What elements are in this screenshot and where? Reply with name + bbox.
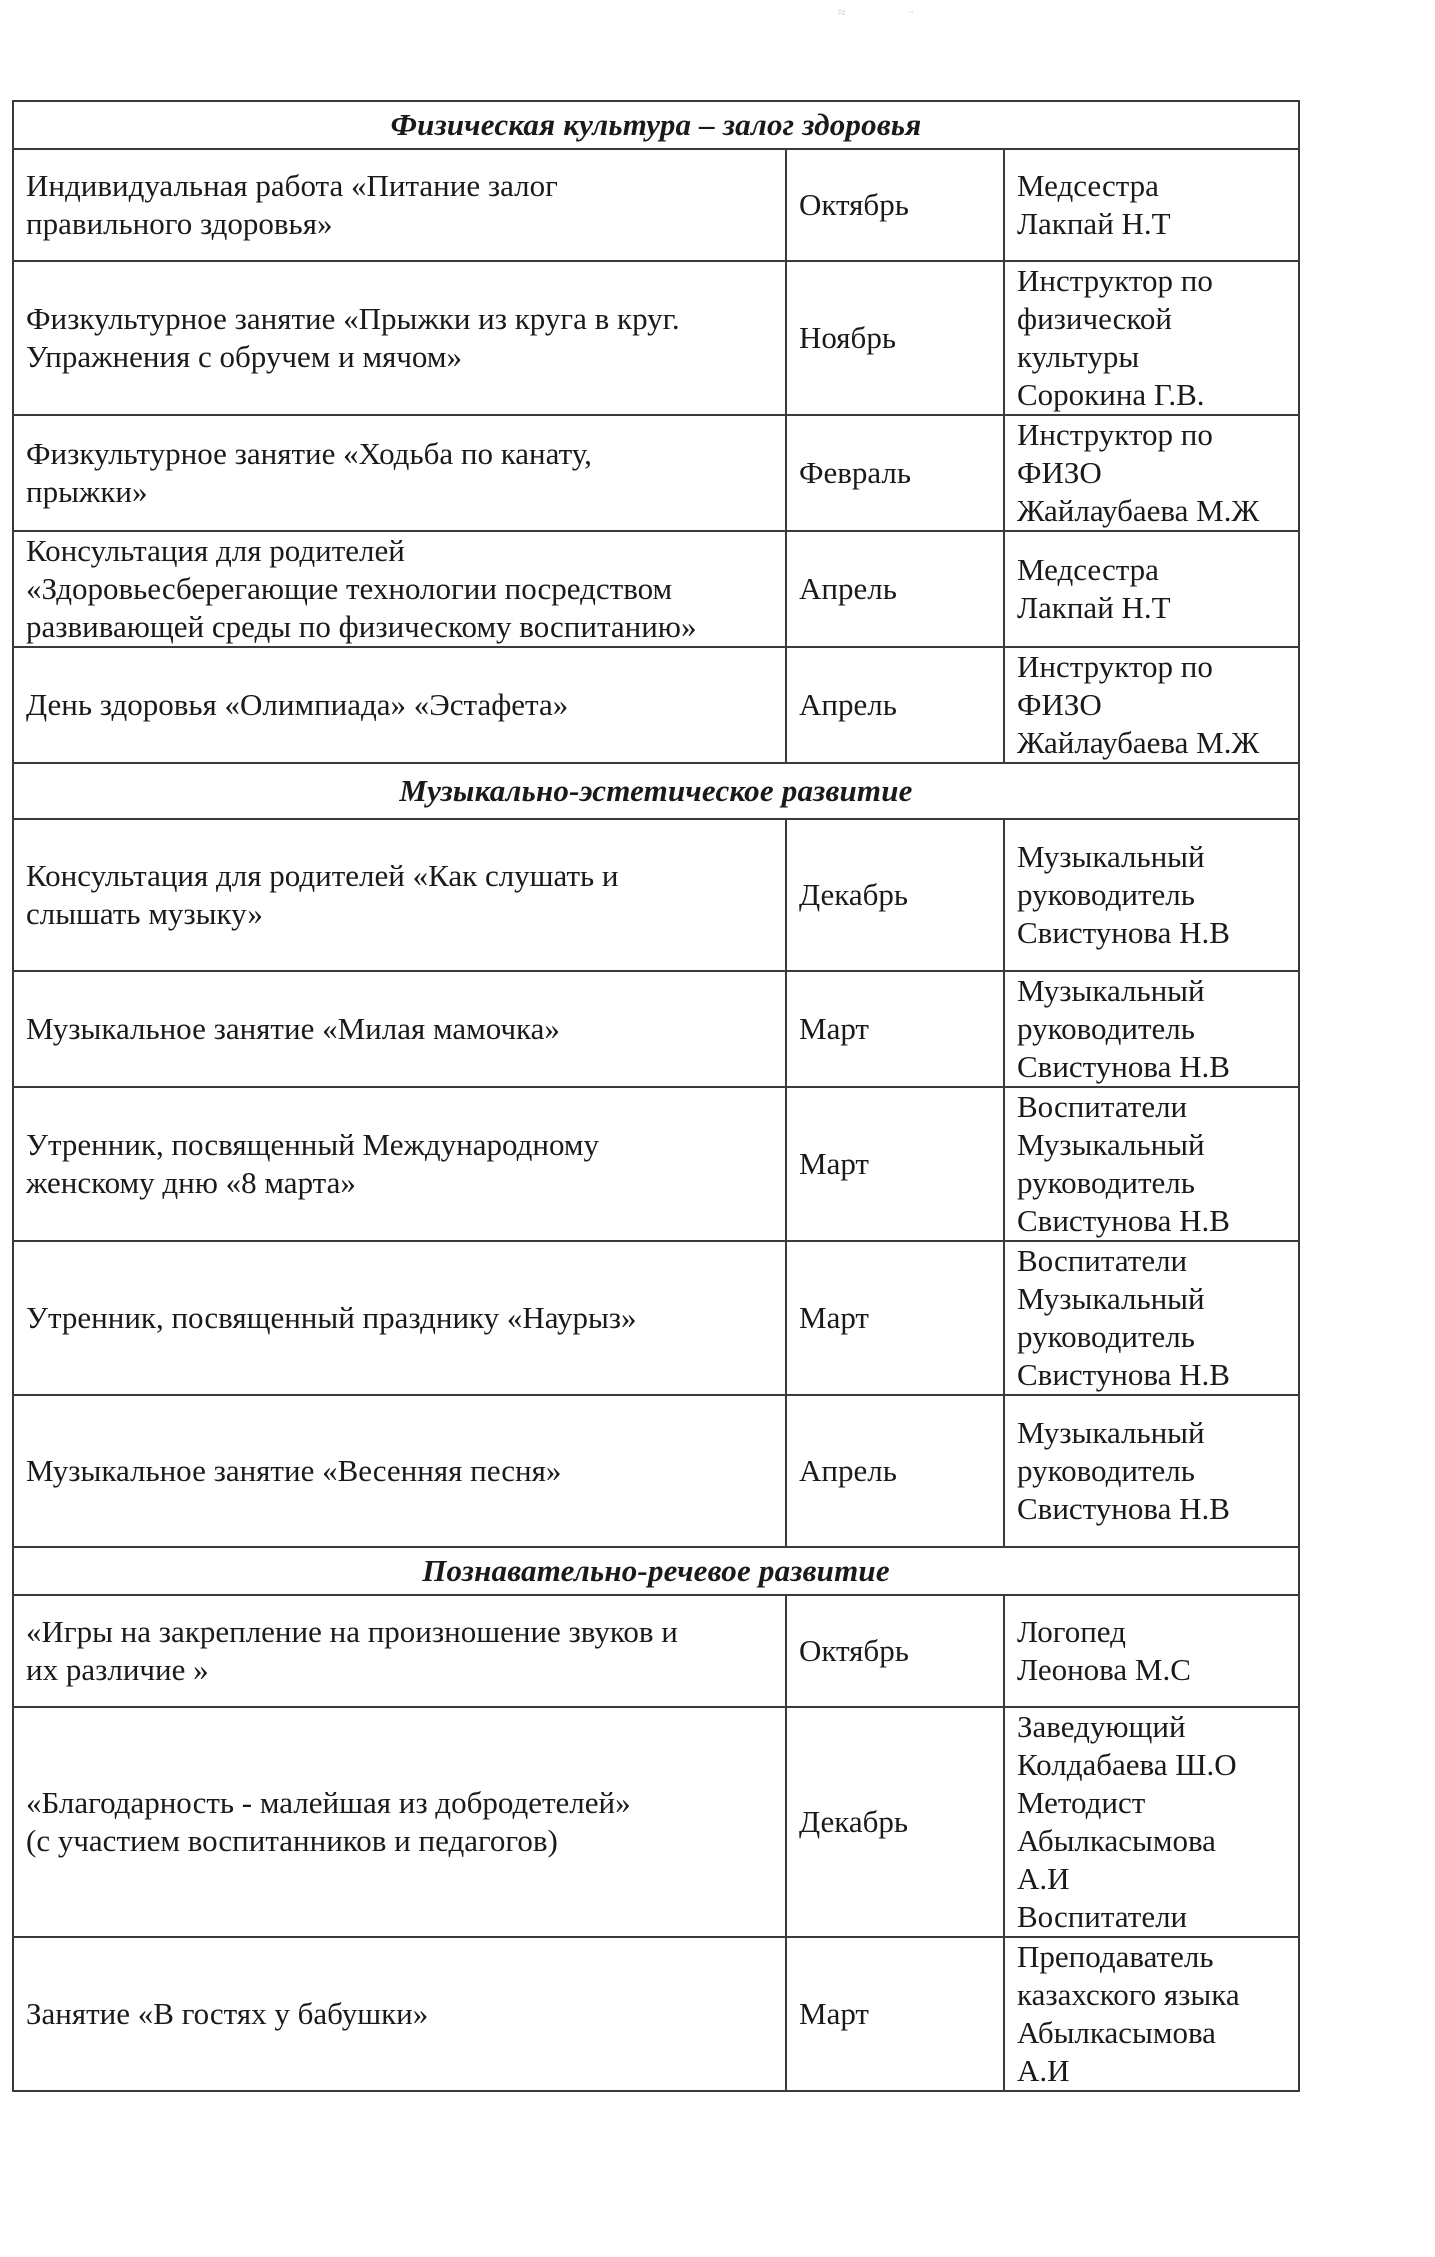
- event-text-line: их различие »: [26, 1651, 773, 1689]
- event-cell: «Благодарность - малейшая из добродетеле…: [13, 1707, 786, 1937]
- responsible-text-line: Леонова М.С: [1017, 1651, 1286, 1689]
- table-row: Консультация для родителей «Как слушать …: [13, 819, 1299, 971]
- responsible-text-line: физической: [1017, 300, 1286, 338]
- event-cell: Физкультурное занятие «Прыжки из круга в…: [13, 261, 786, 415]
- section-header-row: Познавательно-речевое развитие: [13, 1547, 1299, 1595]
- event-cell: Утренник, посвященный Международномуженс…: [13, 1087, 786, 1241]
- event-cell: День здоровья «Олимпиада» «Эстафета»: [13, 647, 786, 763]
- event-text-line: «Здоровьесберегающие технологии посредст…: [26, 570, 773, 608]
- responsible-text-line: Музыкальный: [1017, 972, 1286, 1010]
- responsible-text-line: Воспитатели: [1017, 1242, 1286, 1280]
- table-row: «Игры на закрепление на произношение зву…: [13, 1595, 1299, 1707]
- month-cell: Ноябрь: [786, 261, 1004, 415]
- event-cell: Консультация для родителей«Здоровьесбере…: [13, 531, 786, 647]
- responsible-text-line: Преподаватель: [1017, 1938, 1286, 1976]
- responsible-text-line: Музыкальный: [1017, 1414, 1286, 1452]
- responsible-text-line: руководитель: [1017, 1452, 1286, 1490]
- responsible-text-line: Инструктор по: [1017, 648, 1286, 686]
- responsible-text-line: Свистунова Н.В: [1017, 1490, 1286, 1528]
- responsible-text-line: Логопед: [1017, 1613, 1286, 1651]
- responsible-text-line: Инструктор по: [1017, 262, 1286, 300]
- responsible-text-line: Жайлаубаева М.Ж: [1017, 724, 1286, 762]
- event-cell: Физкультурное занятие «Ходьба по канату,…: [13, 415, 786, 531]
- event-text-line: День здоровья «Олимпиада» «Эстафета»: [26, 686, 773, 724]
- event-text-line: (с участием воспитанников и педагогов): [26, 1822, 773, 1860]
- month-cell: Октябрь: [786, 1595, 1004, 1707]
- responsible-cell: Инструктор поФИЗОЖайлаубаева М.Ж: [1004, 415, 1299, 531]
- event-text-line: слышать музыку»: [26, 895, 773, 933]
- responsible-cell: Преподавательказахского языкаАбылкасымов…: [1004, 1937, 1299, 2091]
- event-text-line: Физкультурное занятие «Прыжки из круга в…: [26, 300, 773, 338]
- responsible-text-line: руководитель: [1017, 1164, 1286, 1202]
- section-title: Музыкально-эстетическое развитие: [13, 763, 1299, 819]
- activity-plan-table: Физическая культура – залог здоровьяИнди…: [12, 100, 1300, 2092]
- responsible-text-line: Методист: [1017, 1784, 1286, 1822]
- responsible-text-line: Лакпай Н.Т: [1017, 589, 1286, 627]
- event-text-line: Физкультурное занятие «Ходьба по канату,: [26, 435, 773, 473]
- responsible-cell: МузыкальныйруководительСвистунова Н.В: [1004, 1395, 1299, 1547]
- event-text-line: Занятие «В гостях у бабушки»: [26, 1995, 773, 2033]
- responsible-text-line: Лакпай Н.Т: [1017, 205, 1286, 243]
- event-cell: Музыкальное занятие «Весенняя песня»: [13, 1395, 786, 1547]
- responsible-text-line: ФИЗО: [1017, 686, 1286, 724]
- table-row: Музыкальное занятие «Весенняя песня»Апре…: [13, 1395, 1299, 1547]
- responsible-text-line: Музыкальный: [1017, 1280, 1286, 1318]
- section-header-row: Музыкально-эстетическое развитие: [13, 763, 1299, 819]
- responsible-cell: МедсестраЛакпай Н.Т: [1004, 531, 1299, 647]
- event-text-line: развивающей среды по физическому воспита…: [26, 608, 773, 646]
- responsible-text-line: Воспитатели: [1017, 1898, 1286, 1936]
- responsible-text-line: Свистунова Н.В: [1017, 1202, 1286, 1240]
- month-cell: Март: [786, 1087, 1004, 1241]
- responsible-text-line: руководитель: [1017, 1010, 1286, 1048]
- responsible-text-line: Свистунова Н.В: [1017, 1356, 1286, 1394]
- event-text-line: «Благодарность - малейшая из добродетеле…: [26, 1784, 773, 1822]
- table-row: Индивидуальная работа «Питание залогправ…: [13, 149, 1299, 261]
- event-text-line: Индивидуальная работа «Питание залог: [26, 167, 773, 205]
- responsible-text-line: Музыкальный: [1017, 838, 1286, 876]
- event-cell: Утренник, посвященный празднику «Наурыз»: [13, 1241, 786, 1395]
- table-row: День здоровья «Олимпиада» «Эстафета»Апре…: [13, 647, 1299, 763]
- responsible-text-line: Сорокина Г.В.: [1017, 376, 1286, 414]
- table-row: Консультация для родителей«Здоровьесбере…: [13, 531, 1299, 647]
- event-text-line: Консультация для родителей: [26, 532, 773, 570]
- table-row: Занятие «В гостях у бабушки»МартПреподав…: [13, 1937, 1299, 2091]
- responsible-cell: ЗаведующийКолдабаева Ш.ОМетодистАбылкасы…: [1004, 1707, 1299, 1937]
- month-cell: Октябрь: [786, 149, 1004, 261]
- responsible-cell: Инструктор пофизическойкультурыСорокина …: [1004, 261, 1299, 415]
- section-header-row: Физическая культура – залог здоровья: [13, 101, 1299, 149]
- event-text-line: Музыкальное занятие «Милая мамочка»: [26, 1010, 773, 1048]
- event-text-line: Упражнения с обручем и мячом»: [26, 338, 773, 376]
- event-text-line: прыжки»: [26, 473, 773, 511]
- event-text-line: Утренник, посвященный празднику «Наурыз»: [26, 1299, 773, 1337]
- month-cell: Февраль: [786, 415, 1004, 531]
- month-cell: Апрель: [786, 1395, 1004, 1547]
- section-title: Физическая культура – залог здоровья: [13, 101, 1299, 149]
- responsible-text-line: Медсестра: [1017, 167, 1286, 205]
- event-cell: «Игры на закрепление на произношение зву…: [13, 1595, 786, 1707]
- event-cell: Музыкальное занятие «Милая мамочка»: [13, 971, 786, 1087]
- table-row: Музыкальное занятие «Милая мамочка»МартМ…: [13, 971, 1299, 1087]
- responsible-text-line: ФИЗО: [1017, 454, 1286, 492]
- responsible-text-line: А.И: [1017, 1860, 1286, 1898]
- responsible-text-line: казахского языка: [1017, 1976, 1286, 2014]
- responsible-text-line: Абылкасымова: [1017, 1822, 1286, 1860]
- responsible-cell: ВоспитателиМузыкальныйруководительСвисту…: [1004, 1241, 1299, 1395]
- table-row: «Благодарность - малейшая из добродетеле…: [13, 1707, 1299, 1937]
- responsible-text-line: руководитель: [1017, 876, 1286, 914]
- responsible-cell: ВоспитателиМузыкальныйруководительСвисту…: [1004, 1087, 1299, 1241]
- month-cell: Март: [786, 1241, 1004, 1395]
- table-row: Физкультурное занятие «Прыжки из круга в…: [13, 261, 1299, 415]
- responsible-text-line: руководитель: [1017, 1318, 1286, 1356]
- plan-table-body: Физическая культура – залог здоровьяИнди…: [13, 101, 1299, 2091]
- table-row: Физкультурное занятие «Ходьба по канату,…: [13, 415, 1299, 531]
- responsible-text-line: Медсестра: [1017, 551, 1286, 589]
- responsible-text-line: Абылкасымова: [1017, 2014, 1286, 2052]
- event-cell: Занятие «В гостях у бабушки»: [13, 1937, 786, 2091]
- responsible-cell: ЛогопедЛеонова М.С: [1004, 1595, 1299, 1707]
- event-text-line: Утренник, посвященный Международному: [26, 1126, 773, 1164]
- month-cell: Март: [786, 971, 1004, 1087]
- month-cell: Декабрь: [786, 819, 1004, 971]
- responsible-cell: Инструктор поФИЗОЖайлаубаева М.Ж: [1004, 647, 1299, 763]
- responsible-text-line: Жайлаубаева М.Ж: [1017, 492, 1286, 530]
- responsible-cell: МузыкальныйруководительСвистунова Н.В: [1004, 971, 1299, 1087]
- responsible-text-line: Воспитатели: [1017, 1088, 1286, 1126]
- responsible-cell: МузыкальныйруководительСвистунова Н.В: [1004, 819, 1299, 971]
- responsible-cell: МедсестраЛакпай Н.Т: [1004, 149, 1299, 261]
- event-cell: Консультация для родителей «Как слушать …: [13, 819, 786, 971]
- responsible-text-line: Инструктор по: [1017, 416, 1286, 454]
- event-text-line: женскому дню «8 марта»: [26, 1164, 773, 1202]
- event-cell: Индивидуальная работа «Питание залогправ…: [13, 149, 786, 261]
- month-cell: Март: [786, 1937, 1004, 2091]
- table-row: Утренник, посвященный Международномуженс…: [13, 1087, 1299, 1241]
- responsible-text-line: А.И: [1017, 2052, 1286, 2090]
- event-text-line: «Игры на закрепление на произношение зву…: [26, 1613, 773, 1651]
- month-cell: Апрель: [786, 647, 1004, 763]
- event-text-line: Консультация для родителей «Как слушать …: [26, 857, 773, 895]
- section-title: Познавательно-речевое развитие: [13, 1547, 1299, 1595]
- responsible-text-line: Колдабаева Ш.О: [1017, 1746, 1286, 1784]
- scan-artifact: ≈ ᵕ: [838, 6, 943, 22]
- responsible-text-line: Свистунова Н.В: [1017, 914, 1286, 952]
- table-row: Утренник, посвященный празднику «Наурыз»…: [13, 1241, 1299, 1395]
- responsible-text-line: Свистунова Н.В: [1017, 1048, 1286, 1086]
- month-cell: Декабрь: [786, 1707, 1004, 1937]
- responsible-text-line: Заведующий: [1017, 1708, 1286, 1746]
- month-cell: Апрель: [786, 531, 1004, 647]
- event-text-line: Музыкальное занятие «Весенняя песня»: [26, 1452, 773, 1490]
- event-text-line: правильного здоровья»: [26, 205, 773, 243]
- responsible-text-line: культуры: [1017, 338, 1286, 376]
- responsible-text-line: Музыкальный: [1017, 1126, 1286, 1164]
